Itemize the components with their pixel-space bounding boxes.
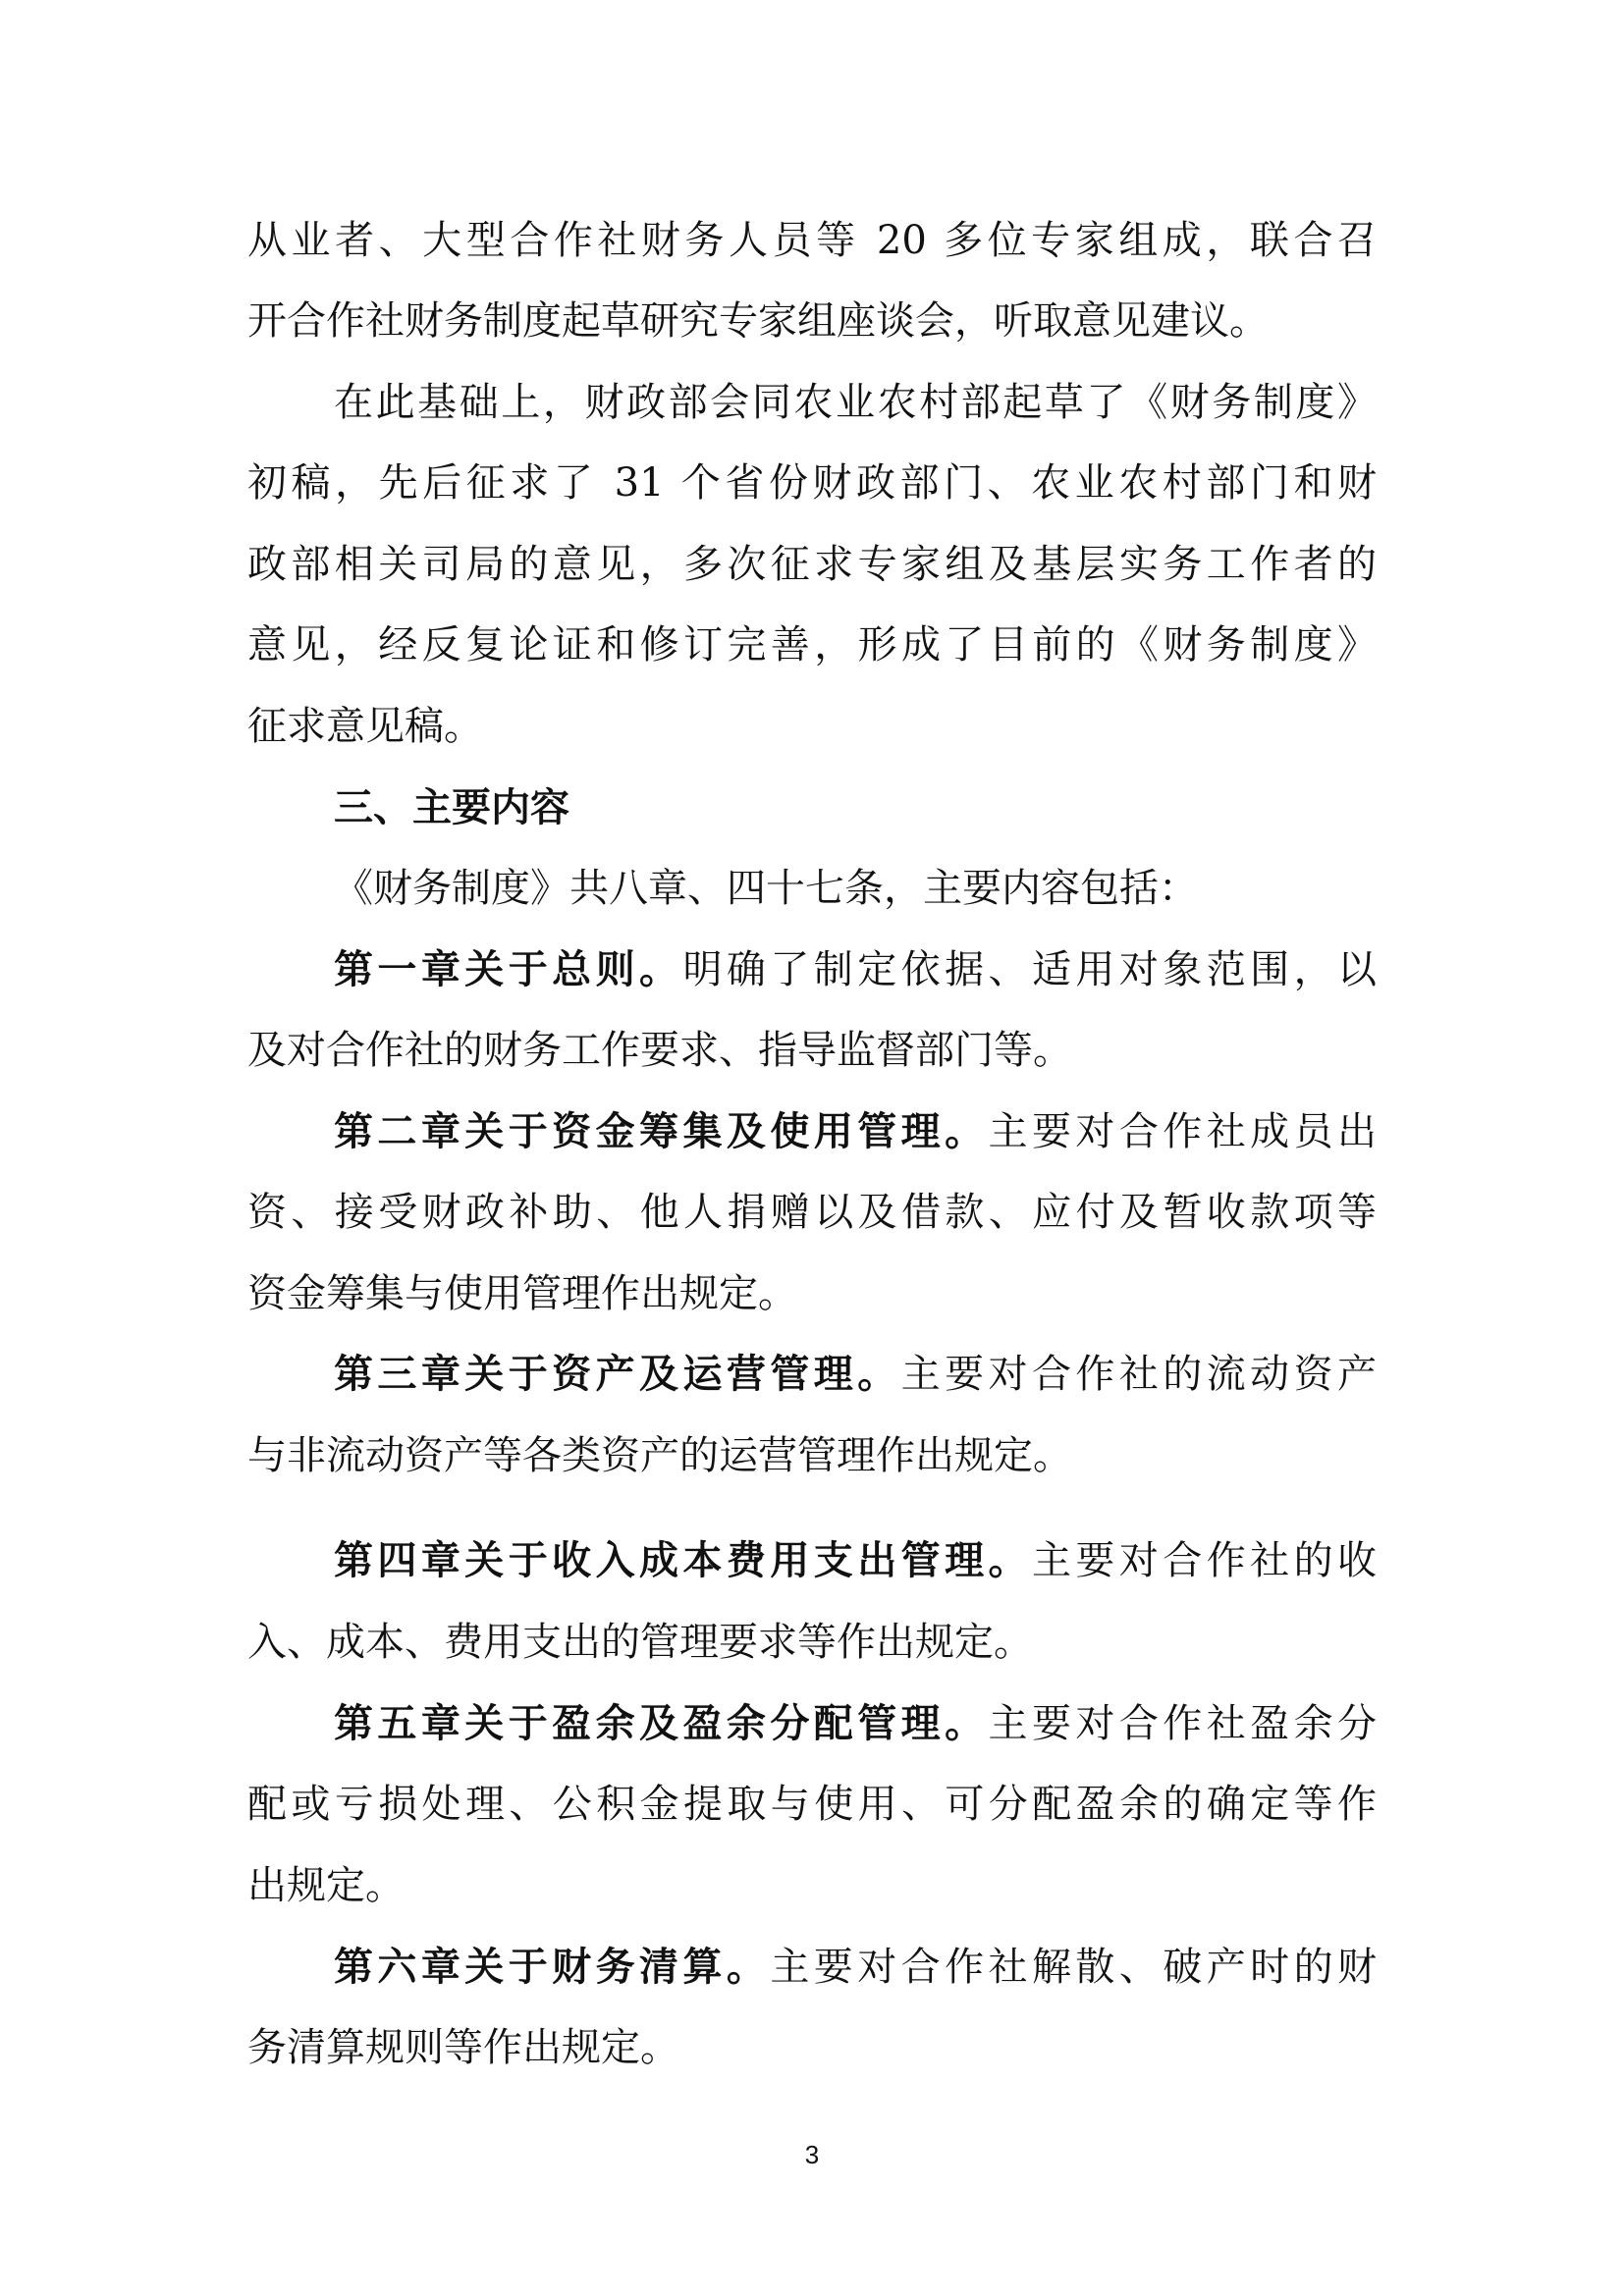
text-line: 征求意见稿。: [247, 697, 1377, 756]
chapter-2-line: 第二章关于资金筹集及使用管理。主要对合作社成员出: [334, 1102, 1377, 1161]
chapter-title: 第四章关于收入成本费用支出管理。: [334, 1538, 1032, 1583]
chapter-text: 主要对合作社盈余分: [989, 1701, 1377, 1746]
chapter-6-line: 第六章关于财务清算。主要对合作社解散、破产时的财: [334, 1938, 1377, 1997]
text-line: 出规定。: [247, 1856, 1377, 1915]
chapter-3-line: 第三章关于资产及运营管理。主要对合作社的流动资产: [334, 1345, 1377, 1404]
page-number: 3: [0, 2140, 1624, 2170]
text-line: 从业者、大型合作社财务人员等 20 多位专家组成，联合召: [247, 211, 1377, 270]
text-line: 初稿，先后征求了 31 个省份财政部门、农业农村部门和财: [247, 454, 1377, 512]
text-line: 开合作社财务制度起草研究专家组座谈会，听取意见建议。: [247, 292, 1377, 350]
chapter-text: 主要对合作社的收: [1032, 1538, 1377, 1583]
text-line: 配或亏损处理、公积金提取与使用、可分配盈余的确定等作: [247, 1775, 1377, 1834]
chapter-title: 第二章关于资金筹集及使用管理。: [334, 1109, 989, 1154]
chapter-title: 第三章关于资产及运营管理。: [334, 1352, 901, 1397]
document-page: 从业者、大型合作社财务人员等 20 多位专家组成，联合召 开合作社财务制度起草研…: [0, 0, 1624, 2296]
text-line: 入、成本、费用支出的管理要求等作出规定。: [247, 1613, 1377, 1672]
chapter-4-line: 第四章关于收入成本费用支出管理。主要对合作社的收: [334, 1531, 1377, 1590]
text-line: 与非流动资产等各类资产的运营管理作出规定。: [247, 1426, 1377, 1485]
chapter-title: 第五章关于盈余及盈余分配管理。: [334, 1701, 989, 1746]
text-line: 资金筹集与使用管理作出规定。: [247, 1264, 1377, 1323]
text-line: 政部相关司局的意见，多次征求专家组及基层实务工作者的: [247, 535, 1377, 594]
text-line: 务清算规则等作出规定。: [247, 2018, 1377, 2077]
chapter-1-line: 第一章关于总则。明确了制定依据、适用对象范围，以: [334, 940, 1377, 999]
text-line: 资、接受财政补助、他人捐赠以及借款、应付及暂收款项等: [247, 1183, 1377, 1242]
chapter-text: 明确了制定依据、适用对象范围，以: [682, 947, 1377, 992]
text-line: 意见，经反复论证和修订完善，形成了目前的《财务制度》: [247, 615, 1377, 674]
chapter-title: 第一章关于总则。: [334, 947, 682, 992]
text-line: 及对合作社的财务工作要求、指导监督部门等。: [247, 1021, 1377, 1080]
text-line: 在此基础上，财政部会同农业农村部起草了《财务制度》: [334, 373, 1377, 432]
chapter-text: 主要对合作社解散、破产时的财: [770, 1945, 1377, 1990]
chapter-text: 主要对合作社的流动资产: [901, 1352, 1377, 1397]
chapter-5-line: 第五章关于盈余及盈余分配管理。主要对合作社盈余分: [334, 1694, 1377, 1753]
section-heading: 三、主要内容: [334, 778, 1377, 837]
chapter-text: 主要对合作社成员出: [989, 1109, 1377, 1154]
text-line: 《财务制度》共八章、四十七条，主要内容包括：: [334, 859, 1377, 918]
chapter-title: 第六章关于财务清算。: [334, 1945, 770, 1990]
